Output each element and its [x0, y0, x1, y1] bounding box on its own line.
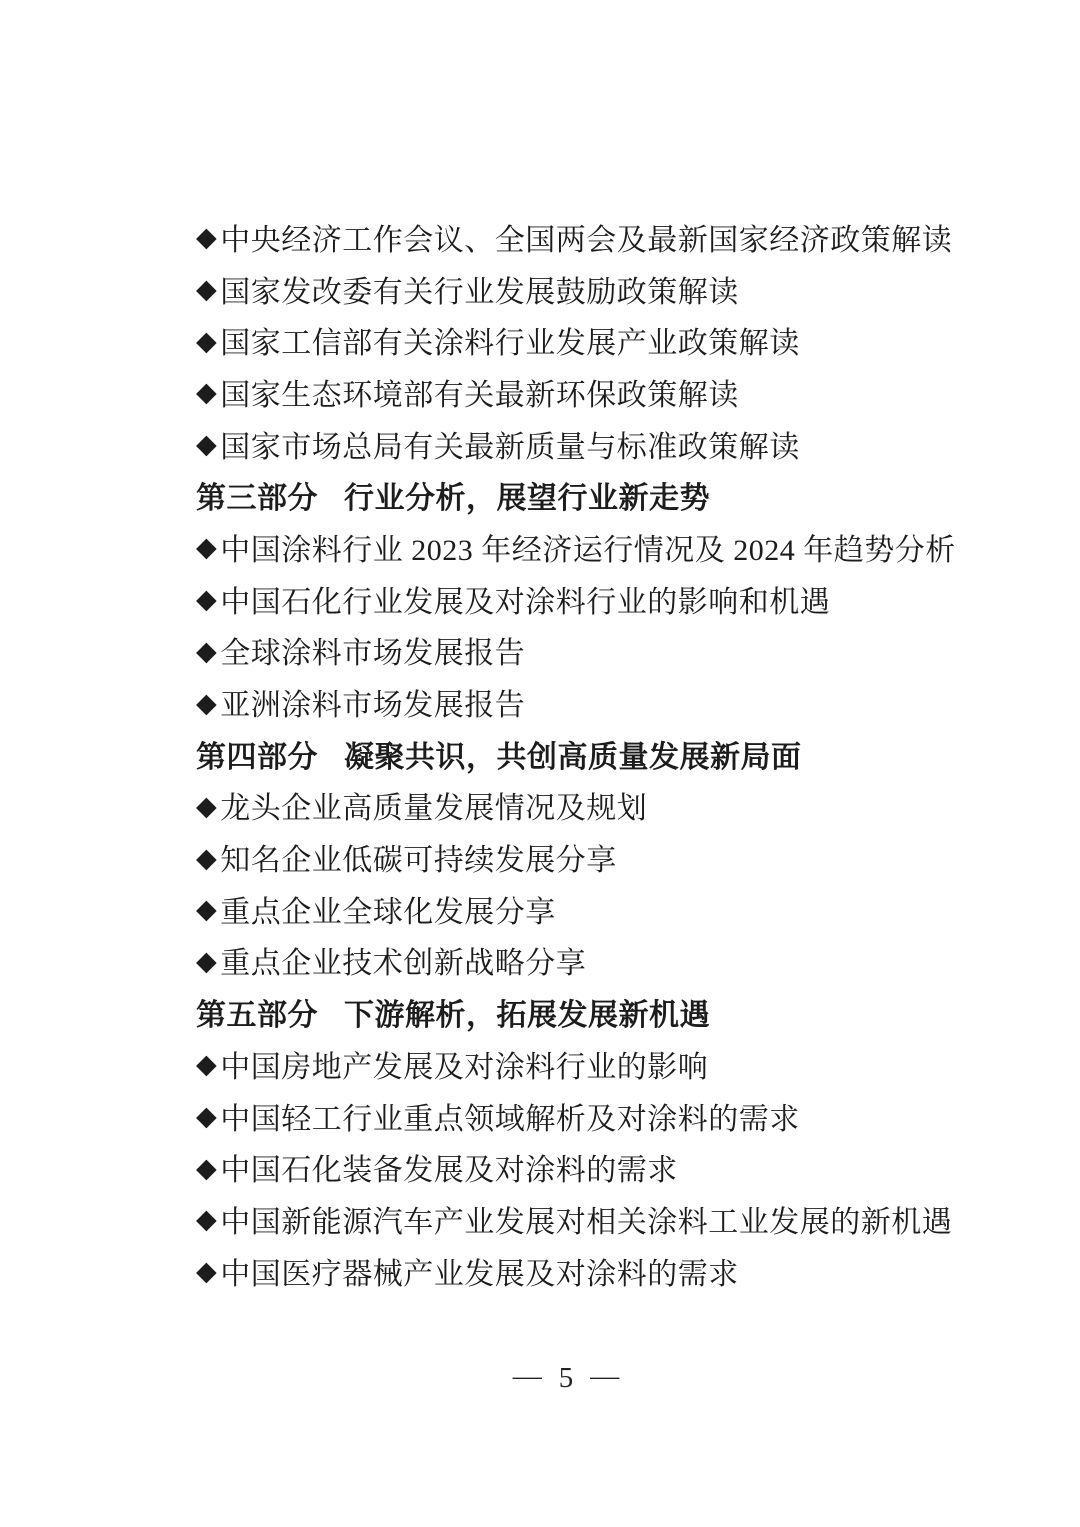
toc-item: ◆ 中国石化行业发展及对涂料行业的影响和机遇 [196, 573, 956, 625]
section-heading-title: 凝聚共识，共创高质量发展新局面 [344, 732, 802, 776]
diamond-bullet-icon: ◆ [196, 1206, 217, 1233]
section-heading-part4: 第四部分凝聚共识，共创高质量发展新局面 [196, 728, 956, 780]
toc-item-text: 国家市场总局有关最新质量与标准政策解读 [220, 422, 800, 466]
diamond-bullet-icon: ◆ [196, 224, 217, 251]
toc-item-text: 中国房地产发展及对涂料行业的影响 [220, 1042, 708, 1086]
diamond-bullet-icon: ◆ [196, 1103, 217, 1130]
toc-item: ◆ 国家生态环境部有关最新环保政策解读 [196, 366, 956, 418]
section-heading-label: 第五部分 [196, 990, 318, 1034]
toc-item-text: 重点企业全球化发展分享 [220, 887, 556, 931]
toc-item: ◆ 知名企业低碳可持续发展分享 [196, 831, 956, 883]
toc-item: ◆ 中国房地产发展及对涂料行业的影响 [196, 1038, 956, 1090]
toc-item: ◆ 重点企业技术创新战略分享 [196, 935, 956, 987]
section-heading-label: 第四部分 [196, 732, 318, 776]
toc-item: ◆ 国家发改委有关行业发展鼓励政策解读 [196, 263, 956, 315]
diamond-bullet-icon: ◆ [196, 896, 217, 923]
diamond-bullet-icon: ◆ [196, 431, 217, 458]
agenda-toc: ◆ 中央经济工作会议、全国两会及最新国家经济政策解读 ◆ 国家发改委有关行业发展… [196, 211, 956, 1296]
toc-item: ◆ 龙头企业高质量发展情况及规划 [196, 780, 956, 832]
toc-item-text: 国家生态环境部有关最新环保政策解读 [220, 370, 739, 414]
toc-item-text: 中国涂料行业 2023 年经济运行情况及 2024 年趋势分析 [220, 525, 956, 569]
toc-item-text: 中国医疗器械产业发展及对涂料的需求 [220, 1249, 739, 1293]
toc-item: ◆ 重点企业全球化发展分享 [196, 883, 956, 935]
diamond-bullet-icon: ◆ [196, 379, 217, 406]
diamond-bullet-icon: ◆ [196, 328, 217, 355]
diamond-bullet-icon: ◆ [196, 793, 217, 820]
toc-item-text: 国家发改委有关行业发展鼓励政策解读 [220, 267, 739, 311]
toc-item: ◆ 亚洲涂料市场发展报告 [196, 676, 956, 728]
toc-item-text: 知名企业低碳可持续发展分享 [220, 835, 617, 879]
toc-item: ◆ 中国轻工行业重点领域解析及对涂料的需求 [196, 1090, 956, 1142]
document-page: ◆ 中央经济工作会议、全国两会及最新国家经济政策解读 ◆ 国家发改委有关行业发展… [0, 0, 1080, 1527]
footer-dash-right: — [590, 1360, 619, 1393]
toc-item: ◆ 国家工信部有关涂料行业发展产业政策解读 [196, 314, 956, 366]
toc-item-text: 中国石化装备发展及对涂料的需求 [220, 1145, 678, 1189]
toc-item: ◆ 中央经济工作会议、全国两会及最新国家经济政策解读 [196, 211, 956, 263]
toc-item-text: 国家工信部有关涂料行业发展产业政策解读 [220, 318, 800, 362]
toc-item-text: 中国轻工行业重点领域解析及对涂料的需求 [220, 1094, 800, 1138]
toc-item-text: 中国石化行业发展及对涂料行业的影响和机遇 [220, 577, 830, 621]
toc-item-text: 中国新能源汽车产业发展对相关涂料工业发展的新机遇 [220, 1197, 952, 1241]
toc-item: ◆ 全球涂料市场发展报告 [196, 625, 956, 677]
page-footer: — 5 — [196, 1356, 936, 1400]
toc-item: ◆ 中国医疗器械产业发展及对涂料的需求 [196, 1245, 956, 1297]
diamond-bullet-icon: ◆ [196, 1258, 217, 1285]
toc-item: ◆ 中国涂料行业 2023 年经济运行情况及 2024 年趋势分析 [196, 521, 956, 573]
toc-item: ◆ 中国新能源汽车产业发展对相关涂料工业发展的新机遇 [196, 1193, 956, 1245]
diamond-bullet-icon: ◆ [196, 948, 217, 975]
section-heading-part3: 第三部分行业分析，展望行业新走势 [196, 469, 956, 521]
page-number: 5 [559, 1362, 574, 1395]
diamond-bullet-icon: ◆ [196, 638, 217, 665]
toc-item-text: 龙头企业高质量发展情况及规划 [220, 783, 647, 827]
toc-item-text: 全球涂料市场发展报告 [220, 628, 525, 672]
toc-item-text: 中央经济工作会议、全国两会及最新国家经济政策解读 [220, 215, 952, 259]
section-heading-title: 行业分析，展望行业新走势 [344, 473, 710, 517]
diamond-bullet-icon: ◆ [196, 690, 217, 717]
diamond-bullet-icon: ◆ [196, 1051, 217, 1078]
toc-item: ◆ 中国石化装备发展及对涂料的需求 [196, 1141, 956, 1193]
diamond-bullet-icon: ◆ [196, 586, 217, 613]
toc-item-text: 重点企业技术创新战略分享 [220, 938, 586, 982]
section-heading-label: 第三部分 [196, 473, 318, 517]
section-heading-title: 下游解析，拓展发展新机遇 [344, 990, 710, 1034]
diamond-bullet-icon: ◆ [196, 845, 217, 872]
diamond-bullet-icon: ◆ [196, 1155, 217, 1182]
section-heading-part5: 第五部分下游解析，拓展发展新机遇 [196, 986, 956, 1038]
toc-item-text: 亚洲涂料市场发展报告 [220, 680, 525, 724]
toc-item: ◆ 国家市场总局有关最新质量与标准政策解读 [196, 418, 956, 470]
diamond-bullet-icon: ◆ [196, 276, 217, 303]
footer-dash-left: — [513, 1360, 542, 1393]
diamond-bullet-icon: ◆ [196, 534, 217, 561]
